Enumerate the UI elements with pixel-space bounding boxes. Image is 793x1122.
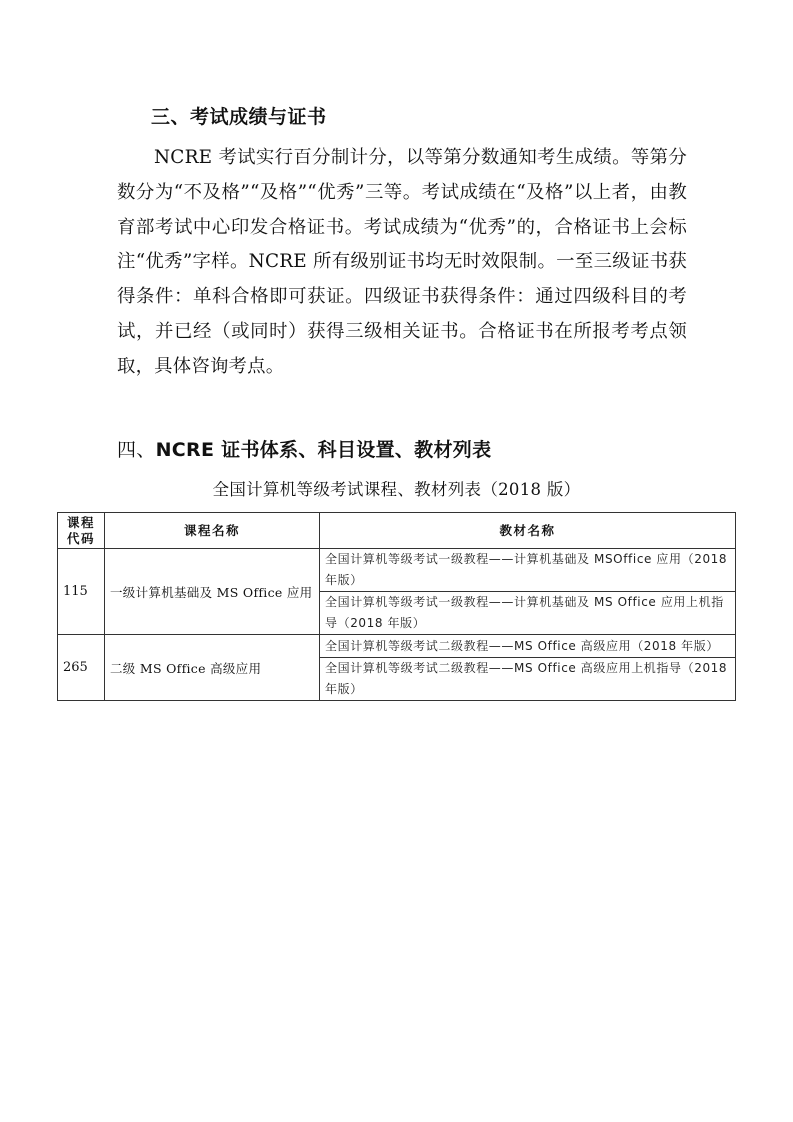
table-header-row: 课程代码 课程名称 教材名称 <box>58 513 736 549</box>
course-code: 265 <box>58 635 105 701</box>
course-name: 一级计算机基础及 MS Office 应用 <box>105 549 320 635</box>
textbook-name: 全国计算机等级考试一级教程——计算机基础及 MSOffice 应用（2018 年… <box>320 549 736 592</box>
table-caption: 全国计算机等级考试课程、教材列表（2018 版） <box>0 478 793 502</box>
textbook-name: 全国计算机等级考试二级教程——MS Office 高级应用上机指导（2018 年… <box>320 658 736 701</box>
section-number: 四、 <box>117 439 156 461</box>
course-textbook-table: 课程代码 课程名称 教材名称 115 一级计算机基础及 MS Office 应用… <box>57 512 736 701</box>
header-course-code-label: 课程代码 <box>65 515 97 547</box>
header-course-code: 课程代码 <box>58 513 105 549</box>
course-code: 115 <box>58 549 105 635</box>
textbook-name: 全国计算机等级考试二级教程——MS Office 高级应用（2018 年版） <box>320 635 736 658</box>
header-course-name: 课程名称 <box>105 513 320 549</box>
table-row: 265 二级 MS Office 高级应用 全国计算机等级考试二级教程——MS … <box>58 635 736 658</box>
document-page: 三、考试成绩与证书 NCRE 考试实行百分制计分，以等第分数通知考生成绩。等第分… <box>0 0 793 1122</box>
section-heading-exam-results: 三、考试成绩与证书 <box>151 104 327 130</box>
exam-results-paragraph: NCRE 考试实行百分制计分，以等第分数通知考生成绩。等第分数分为“不及格”“及… <box>117 141 687 385</box>
textbook-name: 全国计算机等级考试一级教程——计算机基础及 MS Office 应用上机指导（2… <box>320 592 736 635</box>
section-heading-certificate-system: 四、NCRE 证书体系、科目设置、教材列表 <box>117 437 491 463</box>
header-textbook-name: 教材名称 <box>320 513 736 549</box>
section-title: NCRE 证书体系、科目设置、教材列表 <box>156 439 492 461</box>
course-name: 二级 MS Office 高级应用 <box>105 635 320 701</box>
table-row: 115 一级计算机基础及 MS Office 应用 全国计算机等级考试一级教程—… <box>58 549 736 592</box>
